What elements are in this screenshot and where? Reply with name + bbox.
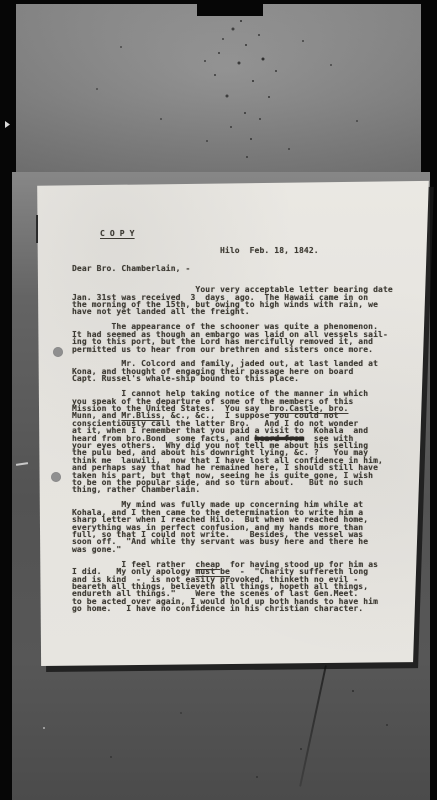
film-edge-mark (5, 121, 10, 128)
letter-paragraph: The appearance of the schooner was quite… (72, 323, 393, 353)
punch-hole-bottom (51, 472, 61, 482)
letter-paragraphs: Your very acceptable letter bearing date… (72, 286, 393, 612)
letter-body: C O P Y Hilo Feb. 18, 1842. Dear Bro. Ch… (72, 230, 393, 620)
letter-text-segment: go home. I have no confidence in his chr… (72, 604, 363, 613)
letter-line: have not yet landed all the freight. (72, 308, 393, 315)
letter-paragraph: Mr. Colcord and family, jaded out, at la… (72, 360, 393, 382)
copy-label-text: C O P Y (100, 229, 135, 238)
microfilm-frame: C O P Y Hilo Feb. 18, 1842. Dear Bro. Ch… (0, 0, 437, 800)
letter-text-segment: thing, rather Chamberlain. (72, 485, 200, 494)
letter-text-segment: have not yet landed all the freight. (72, 307, 250, 316)
letter-line: Capt. Russel's whale-ship bound to this … (72, 375, 393, 382)
letter-text-segment: was gone." (72, 545, 121, 554)
letter-line: go home. I have no confidence in his chr… (72, 605, 393, 612)
copy-label: C O P Y (100, 230, 393, 237)
letter-paragraph: Your very acceptable letter bearing date… (72, 286, 393, 316)
previous-frame-fragment (16, 4, 421, 174)
salutation: Dear Bro. Chamberlain, - (72, 265, 393, 272)
letter-text-segment: permitted us to hear from our brethren a… (72, 345, 373, 354)
punch-hole-top (53, 347, 63, 357)
letter-line: was gone." (72, 546, 393, 553)
letter-paragraph: My mind was fully made up concerning him… (72, 501, 393, 553)
letter-paragraph: I feel rather cheap for having stood up … (72, 561, 393, 613)
letter-text-segment: Capt. Russel's whale-ship bound to this … (72, 374, 299, 383)
letter-paragraph: I cannot help taking notice of the manne… (72, 390, 393, 494)
paper-edge-mark (36, 215, 38, 243)
film-white-speck (43, 727, 45, 729)
letter-line: thing, rather Chamberlain. (72, 486, 393, 493)
film-notch (197, 0, 263, 16)
film-speckles (0, 0, 2, 2)
letter-page: C O P Y Hilo Feb. 18, 1842. Dear Bro. Ch… (36, 178, 430, 666)
dateline: Hilo Feb. 18, 1842. (220, 247, 393, 254)
letter-line: permitted us to hear from our brethren a… (72, 346, 393, 353)
